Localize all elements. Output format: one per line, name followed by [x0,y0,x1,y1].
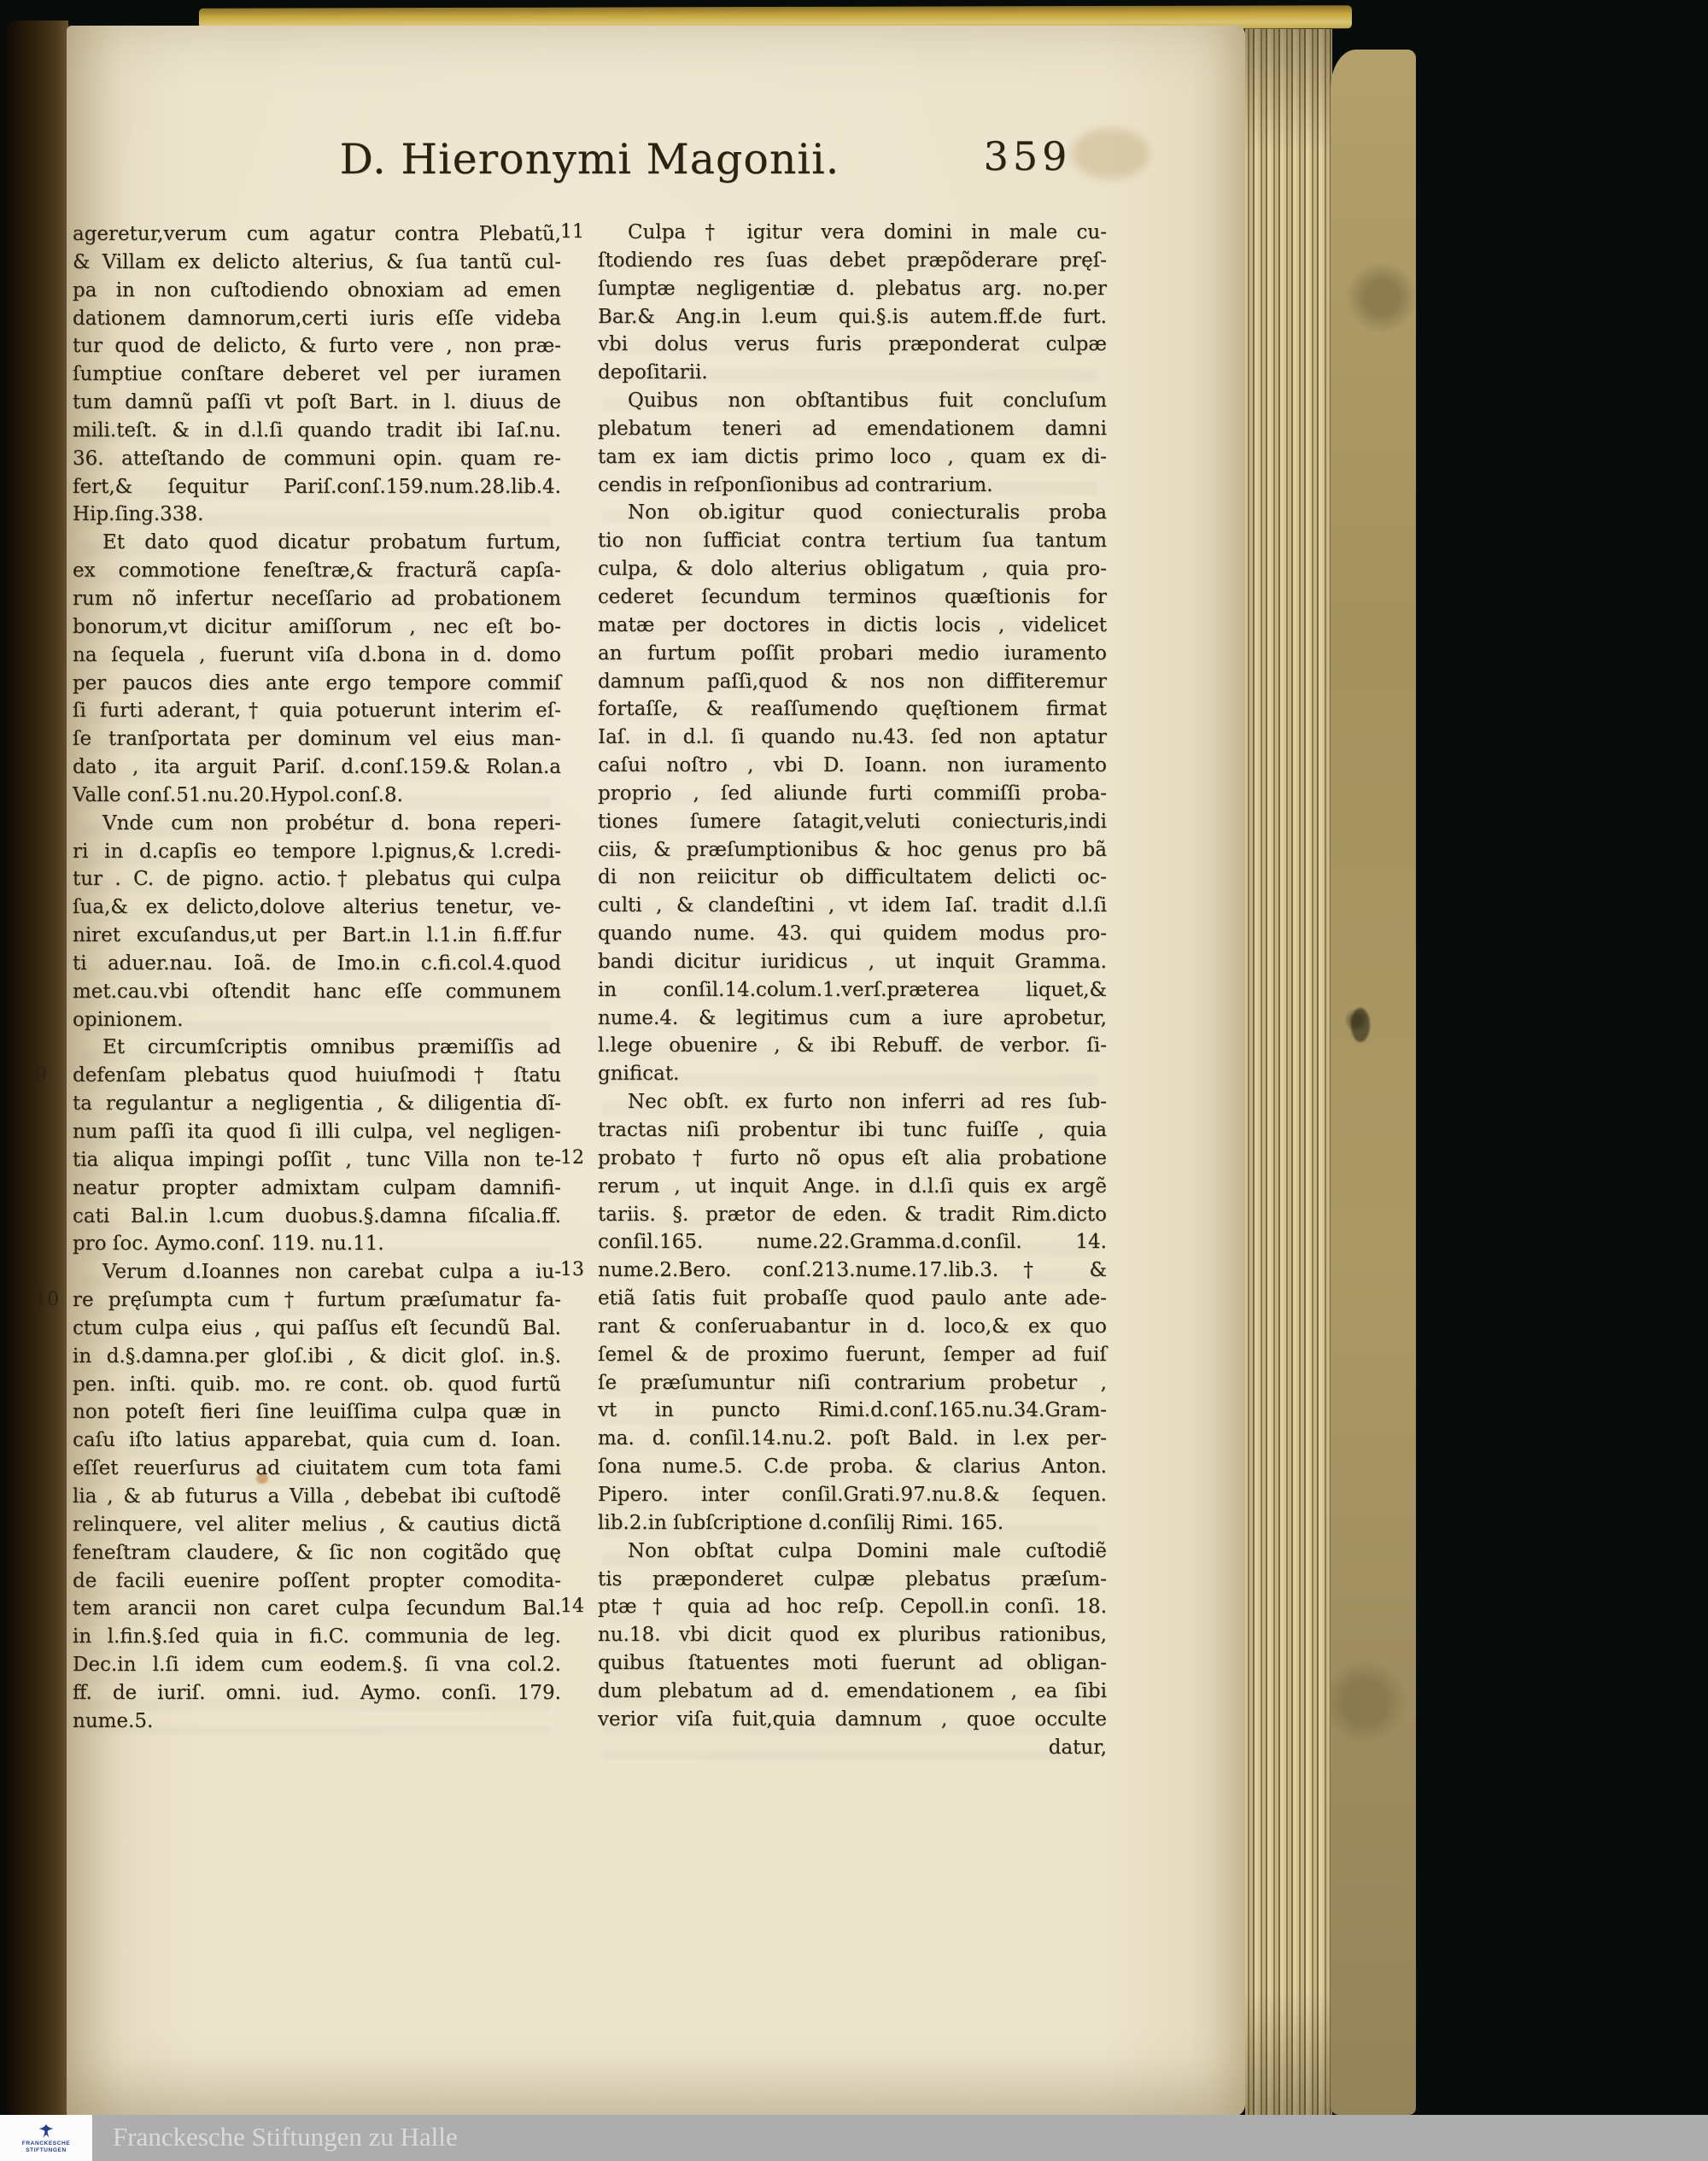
line-text: fert,& ſequitur Pariſ.conſ.159.num.28.li… [73,473,561,501]
text-line: neatur propter admixtam culpam damnifi- [73,1174,561,1203]
line-text: dationem damnorum,certi iuris eſſe videb… [73,305,561,333]
text-line: Et circumſcriptis omnibus præmiſſis ad [73,1034,561,1062]
text-line: ſemel & de proximo fuerunt, ſemper ad fu… [598,1341,1107,1369]
franckesche-logo: FRANCKESCHE STIFTUNGEN [0,2115,92,2161]
line-text: Verum d.Ioannes non carebat culpa a iu- [73,1258,561,1286]
text-line: etiã ſatis fuit probaſſe quod paulo ante… [598,1285,1107,1313]
left-column: ageretur,verum cum agatur contra Plebatũ… [73,220,561,1736]
text-line: Iaſ. in d.l. ſi quando nu.43. ſed non ap… [598,723,1107,752]
line-text: Dec.in l.ſi idem cum eodem.§. ſi vna col… [73,1651,561,1679]
text-line: opinionem. [73,1006,561,1034]
text-line: Bar.& Ang.in l.eum qui.§.is autem.ff.de … [598,303,1107,331]
text-line: ciis, & præſumptionibus & hoc genus pro … [598,836,1107,864]
text-line: ſe tranſportata per dominum vel eius man… [73,725,561,753]
line-text: ſi furti aderant,† quia potuerunt interi… [73,697,561,725]
logo-text-line1: FRANCKESCHE [22,2141,70,2146]
text-line: caſu iſto latius apparebat, quia cum d. … [73,1426,561,1455]
line-text: depoſitarii. [598,359,1107,387]
text-line: depoſitarii. [598,359,1107,387]
text-line: fert,& ſequitur Pariſ.conſ.159.num.28.li… [73,473,561,501]
line-text: Et circumſcriptis omnibus præmiſſis ad [73,1034,561,1062]
text-line: bonorum,vt dicitur amiſſorum , nec eſt b… [73,613,561,641]
margin-number: 14 [560,1593,584,1621]
line-text: per paucos dies ante ergo tempore commiſ [73,670,561,698]
text-line: plebatum teneri ad emendationem damni [598,415,1107,443]
text-line: per paucos dies ante ergo tempore commiſ [73,670,561,698]
line-text: ciis, & præſumptionibus & hoc genus pro … [598,836,1107,864]
text-line: met.cau.vbi oſtendit hanc eſſe communem [73,978,561,1006]
line-text: vt in puncto Rimi.d.conſ.165.nu.34.Gram- [598,1397,1107,1425]
line-text: vbi dolus verus furis præponderat culpæ [598,331,1107,359]
line-text: ſona nume.5. C.de proba. & clarius Anton… [598,1453,1107,1481]
line-text: gnificat. [598,1060,1107,1088]
text-line: culpa, & dolo alterius obligatum , quia … [598,555,1107,583]
line-text: nume.5. [73,1707,561,1736]
line-text: caſu iſto latius apparebat, quia cum d. … [73,1426,561,1455]
text-line: nume.5. [73,1707,561,1736]
text-line: rum nõ infertur neceſſario ad probatione… [73,585,561,613]
text-line: lia , & ab futurus a Villa , debebat ibi… [73,1483,561,1511]
line-text: in d.§.damna.per gloſ.ibi , & dicit gloſ… [73,1343,561,1371]
line-text: Hip.ſing.338. [73,501,561,529]
text-line: an furtum poſſit probari medio iuramento [598,640,1107,668]
text-line: feneſtram claudere, & ſic non cogitãdo q… [73,1539,561,1567]
line-text: pro ſoc. Aymo.conſ. 119. nu.11. [73,1230,561,1258]
text-line: di non reiicitur ob difficultatem delict… [598,864,1107,892]
text-line: eſſet reuerſurus ad ciuitatem cum tota f… [73,1455,561,1483]
line-text: ri in d.capſis eo tempore l.pignus,& l.c… [73,838,561,866]
text-line: ma. d. conſil.14.nu.2. poſt Bald. in l.e… [598,1425,1107,1453]
text-line: datur, [598,1734,1107,1762]
margin-number: 9 [35,1062,47,1090]
text-line: ſona nume.5. C.de proba. & clarius Anton… [598,1453,1107,1481]
cover-stain [1351,1008,1370,1042]
text-line: Verum d.Ioannes non carebat culpa a iu- [73,1258,561,1286]
text-line: nume.4. & legitimus cum a iure aprobetur… [598,1004,1107,1033]
text-line: nu.18. vbi dicit quod ex pluribus ration… [598,1621,1107,1649]
line-text: plebatum teneri ad emendationem damni [598,415,1107,443]
line-text: rant & conſeruabantur in d. loco,& ex qu… [598,1313,1107,1341]
text-line: caſui noſtro , vbi D. Ioann. non iuramen… [598,752,1107,780]
text-line: 14ptæ † quia ad hoc reſp. Cepoll.in conſ… [598,1593,1107,1621]
line-text: in l.fin.§.ſed quia in fi.C. communia de… [73,1623,561,1651]
text-line: gnificat. [598,1060,1107,1088]
logo-text-line2: STIFTUNGEN [26,2147,67,2153]
line-text: nume.4. & legitimus cum a iure aprobetur… [598,1004,1107,1033]
text-line: ri in d.capſis eo tempore l.pignus,& l.c… [73,838,561,866]
line-text: probato † furto nõ opus eſt alia probati… [598,1145,1107,1173]
text-line: conſil.165. nume.22.Gramma.d.conſil. 14. [598,1228,1107,1256]
text-line: bandi dicitur iuridicus , ut inquit Gram… [598,948,1107,976]
line-text: ta regulantur a negligentia , & diligent… [73,1090,561,1118]
line-text: de facili euenire poſſent propter comodi… [73,1567,561,1596]
line-text: feneſtram claudere, & ſic non cogitãdo q… [73,1539,561,1567]
parchment-cover-edge [1331,50,1416,2115]
line-text: pa in non cuſtodiendo obnoxiam ad emen [73,277,561,305]
margin-number: 12 [560,1145,584,1173]
line-text: tia aliqua impingi poſſit , tunc Villa n… [73,1146,561,1174]
line-text: tem arancii non caret culpa ſecundum Bal… [73,1595,561,1623]
text-line: Dec.in l.ſi idem cum eodem.§. ſi vna col… [73,1651,561,1679]
text-line: 36. atteſtando de communi opin. quam re- [73,445,561,473]
text-line: niret excuſandus,ut per Bart.in l.1.in f… [73,922,561,950]
text-line: ſtodiendo res ſuas debet præpõderare prę… [598,247,1107,275]
line-text: neatur propter admixtam culpam damnifi- [73,1174,561,1203]
line-text: Bar.& Ang.in l.eum qui.§.is autem.ff.de … [598,303,1107,331]
line-text: ſe præſumuntur niſi contrarium probetur … [598,1369,1107,1397]
line-text: ſe tranſportata per dominum vel eius man… [73,725,561,753]
line-text: ſtodiendo res ſuas debet præpõderare prę… [598,247,1107,275]
line-text: opinionem. [73,1006,561,1034]
text-line: ſumptæ negligentiæ d. plebatus arg. no.p… [598,275,1107,303]
line-text: Vnde cum non probétur d. bona reperi- [73,810,561,838]
line-text: verior viſa fuit,quia damnum , quoe occu… [598,1706,1107,1734]
text-line: Vnde cum non probétur d. bona reperi- [73,810,561,838]
text-line: culti , & clandeſtini , vt idem Iaſ. tra… [598,892,1107,920]
text-line: in conſil.14.colum.1.verſ.præterea lique… [598,976,1107,1004]
text-line: 10re pręſumpta cum † furtum præſumatur f… [73,1286,561,1315]
text-line: pen. inſti. quib. mo. re cont. ob. quod … [73,1371,561,1399]
line-text: & Villam ex delicto alterius, & ſua tant… [73,249,561,277]
text-line: tum damnũ paſſi vt poſt Bart. in l. diuu… [73,389,561,417]
line-text: cendis in reſponſionibus ad contrarium. [598,471,1107,500]
text-line: Valle conſ.51.nu.20.Hypol.conſ.8. [73,782,561,810]
text-line: 13nume.2.Bero. conſ.213.nume.17.lib.3.† … [598,1256,1107,1285]
text-line: 12probato † furto nõ opus eſt alia proba… [598,1145,1107,1173]
page-header-title: D. Hieronymi Magonii. [73,135,1107,184]
line-text: di non reiicitur ob difficultatem delict… [598,864,1107,892]
text-line: dationem damnorum,certi iuris eſſe videb… [73,305,561,333]
text-line: tractas niſi probentur ibi tunc fuiſſe ,… [598,1116,1107,1145]
line-text: re pręſumpta cum † furtum præſumatur fa- [73,1286,561,1315]
line-text: in conſil.14.colum.1.verſ.præterea lique… [598,976,1107,1004]
text-line: ſua,& ex delicto,dolove alterius tenetur… [73,893,561,922]
text-line: in d.§.damna.per gloſ.ibi , & dicit gloſ… [73,1343,561,1371]
line-text: rum nõ infertur neceſſario ad probatione… [73,585,561,613]
line-text: Quibus non obſtantibus fuit concluſum [598,387,1107,415]
footer-bar: FRANCKESCHE STIFTUNGEN Franckesche Stift… [0,2115,1708,2161]
line-text: eſſet reuerſurus ad ciuitatem cum tota f… [73,1455,561,1483]
text-line: & Villam ex delicto alterius, & ſua tant… [73,249,561,277]
text-line: Et dato quod dicatur probatum furtum, [73,529,561,557]
text-line: tem arancii non caret culpa ſecundum Bal… [73,1595,561,1623]
text-line: non poteſt fieri ſine leuiſſima culpa qu… [73,1398,561,1426]
line-text: mili.teſt. & in d.l.ſi quando tradit ibi… [73,417,561,445]
text-line: tariis. §. prætor de eden. & tradit Rim.… [598,1201,1107,1229]
text-line: Pipero. inter conſil.Grati.97.nu.8.& ſeq… [598,1481,1107,1509]
line-text: na ſequela , fuerunt viſa d.bona in d. d… [73,641,561,670]
line-text: quibus ſtatuentes moti fuerunt ad obliga… [598,1649,1107,1678]
line-text: etiã ſatis fuit probaſſe quod paulo ante… [598,1285,1107,1313]
text-line: tia aliqua impingi poſſit , tunc Villa n… [73,1146,561,1174]
text-line: proprio , ſed aliunde furti commiſſi pro… [598,780,1107,808]
text-line: Non ob.igitur quod coniecturalis proba [598,499,1107,527]
text-line: cederet ſecundum terminos quæſtionis for [598,583,1107,612]
text-line: tis præponderet culpæ plebatus præſum- [598,1566,1107,1594]
page-number: 359 [955,133,1100,179]
text-line: Quibus non obſtantibus fuit concluſum [598,387,1107,415]
line-text: culpa, & dolo alterius obligatum , quia … [598,555,1107,583]
line-text: tis præponderet culpæ plebatus præſum- [598,1566,1107,1594]
text-line: num paſſi ita quod ſi illi culpa, vel ne… [73,1118,561,1146]
franckesche-eagle-icon [38,2123,55,2140]
text-line: ti aduer.nau. Ioã. de Imo.in c.fi.col.4.… [73,950,561,978]
line-text: damnum paſſi,quod & nos non diffiteremur [598,668,1107,696]
text-line: vt in puncto Rimi.d.conſ.165.nu.34.Gram- [598,1397,1107,1425]
line-text: ſumptiue conſtare deberet vel per iurame… [73,360,561,389]
line-text: Non obſtat culpa Domini male cuſtodiẽ [598,1537,1107,1566]
line-text: dato , ita arguit Pariſ. d.conſ.159.& Ro… [73,753,561,782]
text-line: tio non ſufficiat contra tertium ſua tan… [598,527,1107,555]
line-text: Et dato quod dicatur probatum furtum, [73,529,561,557]
text-line: ff. de iuriſ. omni. iud. Aymo. conſi. 17… [73,1679,561,1707]
line-text: fortaſſe, & reaſſumendo quęſtionem firma… [598,695,1107,723]
text-line: Nec obſt. ex furto non inferri ad res ſu… [598,1088,1107,1116]
line-text: ff. de iuriſ. omni. iud. Aymo. conſi. 17… [73,1679,561,1707]
line-text: ctum culpa eius , qui paſſus eſt ſecundũ… [73,1315,561,1343]
text-line: tiones ſumere ſatagit,veluti coniecturis… [598,808,1107,836]
line-text: bonorum,vt dicitur amiſſorum , nec eſt b… [73,613,561,641]
line-text: tum damnũ paſſi vt poſt Bart. in l. diuu… [73,389,561,417]
text-line: ctum culpa eius , qui paſſus eſt ſecundũ… [73,1315,561,1343]
text-line: pa in non cuſtodiendo obnoxiam ad emen [73,277,561,305]
line-text: culti , & clandeſtini , vt idem Iaſ. tra… [598,892,1107,920]
text-line: ſumptiue conſtare deberet vel per iurame… [73,360,561,389]
line-text: cederet ſecundum terminos quæſtionis for [598,583,1107,612]
text-line: dum plebatum ad d. emendationem , ea ſib… [598,1678,1107,1706]
line-text: tam ex iam dictis primo loco , quam ex d… [598,443,1107,471]
line-text: tiones ſumere ſatagit,veluti coniecturis… [598,808,1107,836]
right-column: 11Culpa † igitur vera domini in male cu-… [598,219,1107,1761]
text-line: tur . C. de pigno. actio.† plebatus qui … [73,865,561,893]
line-text: niret excuſandus,ut per Bart.in l.1.in f… [73,922,561,950]
line-text: rerum , ut inquit Ange. in d.l.ſi quis e… [598,1173,1107,1201]
text-line: Non obſtat culpa Domini male cuſtodiẽ [598,1537,1107,1566]
text-line: ſi furti aderant,† quia potuerunt interi… [73,697,561,725]
line-text: dum plebatum ad d. emendationem , ea ſib… [598,1678,1107,1706]
text-line: in l.fin.§.ſed quia in fi.C. communia de… [73,1623,561,1651]
line-text: Valle conſ.51.nu.20.Hypol.conſ.8. [73,782,561,810]
line-text: quando nume. 43. qui quidem modus pro- [598,920,1107,948]
line-text: tio non ſufficiat contra tertium ſua tan… [598,527,1107,555]
line-text: caſui noſtro , vbi D. Ioann. non iuramen… [598,752,1107,780]
text-line: 9defenſam plebatus quod huiuſmodi † ſtat… [73,1062,561,1090]
line-text: lia , & ab futurus a Villa , debebat ibi… [73,1483,561,1511]
text-line: 11Culpa † igitur vera domini in male cu- [598,219,1107,247]
text-line: pro ſoc. Aymo.conſ. 119. nu.11. [73,1230,561,1258]
footer-label: Franckesche Stiftungen zu Halle [113,2115,458,2161]
text-line: l.lege obuenire , & ibi Rebuff. de verbo… [598,1032,1107,1060]
text-line: verior viſa fuit,quia damnum , quoe occu… [598,1706,1107,1734]
line-text: nume.2.Bero. conſ.213.nume.17.lib.3.† & [598,1256,1107,1285]
line-text: ſumptæ negligentiæ d. plebatus arg. no.p… [598,275,1107,303]
text-line: relinquere, vel aliter melius , & cautiu… [73,1511,561,1539]
line-text: bandi dicitur iuridicus , ut inquit Gram… [598,948,1107,976]
line-text: tur quod de delicto, & furto vere , non … [73,332,561,360]
line-text: ma. d. conſil.14.nu.2. poſt Bald. in l.e… [598,1425,1107,1453]
line-text: ageretur,verum cum agatur contra Plebatũ… [73,220,561,249]
line-text: non poteſt fieri ſine leuiſſima culpa qu… [73,1398,561,1426]
line-text: proprio , ſed aliunde furti commiſſi pro… [598,780,1107,808]
text-line: tur quod de delicto, & furto vere , non … [73,332,561,360]
text-line: de facili euenire poſſent propter comodi… [73,1567,561,1596]
line-text: ti aduer.nau. Ioã. de Imo.in c.fi.col.4.… [73,950,561,978]
line-text: Nec obſt. ex furto non inferri ad res ſu… [598,1088,1107,1116]
text-line: matæ per doctores in dictis locis , vide… [598,612,1107,640]
text-line: Hip.ſing.338. [73,501,561,529]
line-text: tariis. §. prætor de eden. & tradit Rim.… [598,1201,1107,1229]
text-line: cati Bal.in l.cum duobus.§.damna fiſcali… [73,1203,561,1231]
line-text: lib.2.in ſubſcriptione d.conſilij Rimi. … [598,1509,1107,1537]
scanned-book-viewer: { "header": { "title": "D. Hieronymi Mag… [0,0,1708,2161]
text-line: quibus ſtatuentes moti fuerunt ad obliga… [598,1649,1107,1678]
line-text: Pipero. inter conſil.Grati.97.nu.8.& ſeq… [598,1481,1107,1509]
line-text: l.lege obuenire , & ibi Rebuff. de verbo… [598,1032,1107,1060]
text-line: dato , ita arguit Pariſ. d.conſ.159.& Ro… [73,753,561,782]
text-line: lib.2.in ſubſcriptione d.conſilij Rimi. … [598,1509,1107,1537]
line-text: matæ per doctores in dictis locis , vide… [598,612,1107,640]
text-line: cendis in reſponſionibus ad contrarium. [598,471,1107,500]
text-line: tam ex iam dictis primo loco , quam ex d… [598,443,1107,471]
text-line: ta regulantur a negligentia , & diligent… [73,1090,561,1118]
line-text: tur . C. de pigno. actio.† plebatus qui … [73,865,561,893]
line-text: relinquere, vel aliter melius , & cautiu… [73,1511,561,1539]
text-line: ſe præſumuntur niſi contrarium probetur … [598,1369,1107,1397]
line-text: Culpa † igitur vera domini in male cu- [598,219,1107,247]
text-line: rant & conſeruabantur in d. loco,& ex qu… [598,1313,1107,1341]
text-line: na ſequela , fuerunt viſa d.bona in d. d… [73,641,561,670]
line-text: Non ob.igitur quod coniecturalis proba [598,499,1107,527]
text-line: damnum paſſi,quod & nos non diffiteremur [598,668,1107,696]
line-text: met.cau.vbi oſtendit hanc eſſe communem [73,978,561,1006]
line-text: ſua,& ex delicto,dolove alterius tenetur… [73,893,561,922]
margin-number: 13 [560,1256,584,1285]
line-text: ſemel & de proximo fuerunt, ſemper ad fu… [598,1341,1107,1369]
line-text: tractas niſi probentur ibi tunc fuiſſe ,… [598,1116,1107,1145]
line-text: ex commotione feneſtræ,& fracturã capſa- [73,557,561,585]
text-line: ex commotione feneſtræ,& fracturã capſa- [73,557,561,585]
line-text: Iaſ. in d.l. ſi quando nu.43. ſed non ap… [598,723,1107,752]
line-text: conſil.165. nume.22.Gramma.d.conſil. 14. [598,1228,1107,1256]
margin-number: 10 [35,1286,59,1315]
text-line: vbi dolus verus furis præponderat culpæ [598,331,1107,359]
line-text: num paſſi ita quod ſi illi culpa, vel ne… [73,1118,561,1146]
text-line: quando nume. 43. qui quidem modus pro- [598,920,1107,948]
line-text: cati Bal.in l.cum duobus.§.damna fiſcali… [73,1203,561,1231]
line-text: datur, [598,1734,1107,1762]
line-text: 36. atteſtando de communi opin. quam re- [73,445,561,473]
text-line: fortaſſe, & reaſſumendo quęſtionem firma… [598,695,1107,723]
text-line: rerum , ut inquit Ange. in d.l.ſi quis e… [598,1173,1107,1201]
text-line: ageretur,verum cum agatur contra Plebatũ… [73,220,561,249]
line-text: ptæ † quia ad hoc reſp. Cepoll.in conſi.… [598,1593,1107,1621]
line-text: nu.18. vbi dicit quod ex pluribus ration… [598,1621,1107,1649]
text-line: mili.teſt. & in d.l.ſi quando tradit ibi… [73,417,561,445]
page-stack-edge [1245,29,1332,2115]
margin-number: 11 [560,219,584,247]
line-text: an furtum poſſit probari medio iuramento [598,640,1107,668]
line-text: pen. inſti. quib. mo. re cont. ob. quod … [73,1371,561,1399]
line-text: defenſam plebatus quod huiuſmodi † ſtatu [73,1062,561,1090]
